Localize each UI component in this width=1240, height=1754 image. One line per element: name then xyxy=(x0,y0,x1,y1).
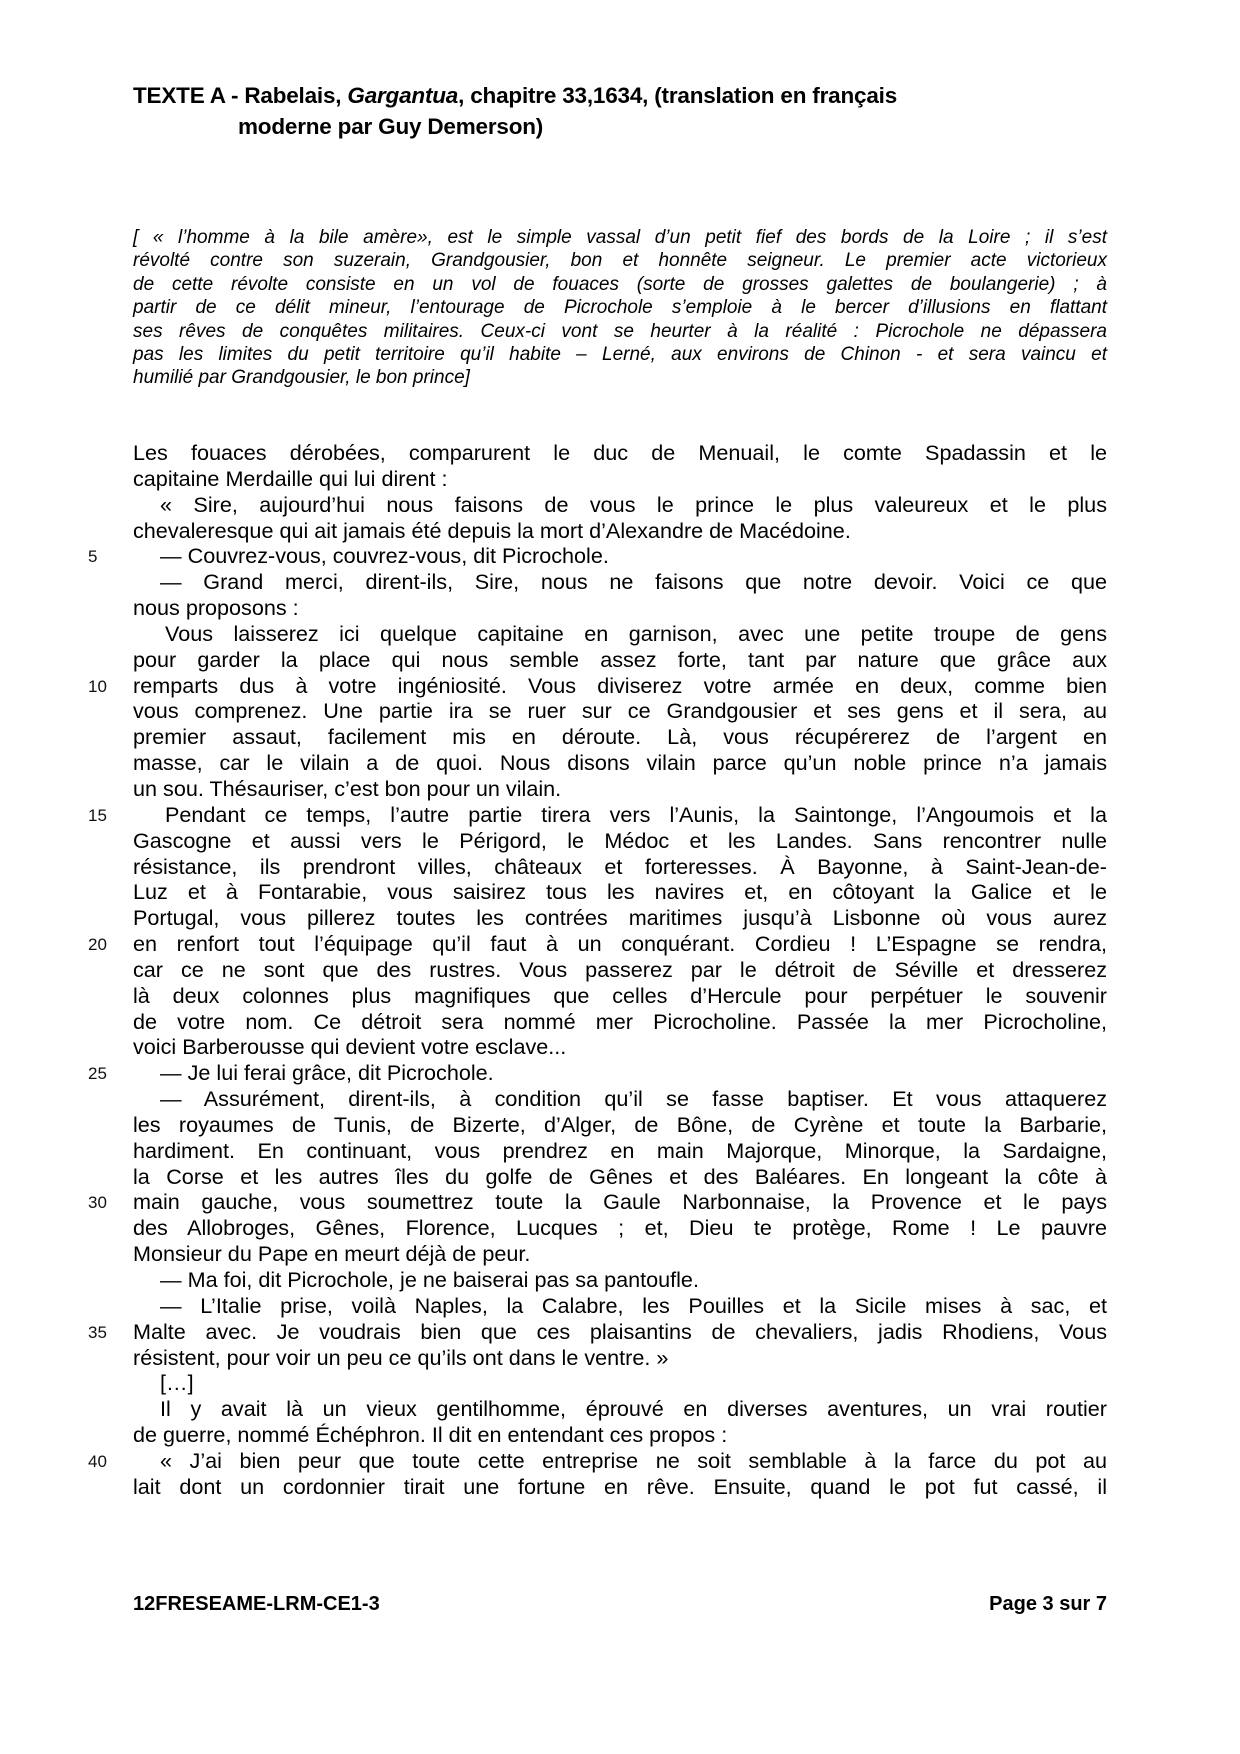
title-suffix: , chapitre 33,1634, (translation en fran… xyxy=(458,83,897,108)
intro-line: révolté contre son suzerain, Grandgousie… xyxy=(133,249,1107,272)
text-line: Monsieur du Pape en meurt déjà de peur. xyxy=(133,1241,1107,1267)
text-line: Portugal, vous pillerez toutes les contr… xyxy=(133,905,1107,931)
text-line: 35Malte avec. Je voudrais bien que ces p… xyxy=(133,1319,1107,1345)
line-text: résistent, pour voir un peu ce qu’ils on… xyxy=(133,1345,1107,1371)
text-line: résistent, pour voir un peu ce qu’ils on… xyxy=(133,1345,1107,1371)
text-line: de guerre, nommé Échéphron. Il dit en en… xyxy=(133,1422,1107,1448)
line-text: lait dont un cordonnier tirait une fortu… xyxy=(133,1474,1107,1500)
text-line: vous comprenez. Une partie ira se ruer s… xyxy=(133,698,1107,724)
line-text: pour garder la place qui nous semble ass… xyxy=(133,647,1107,673)
text-line: […] xyxy=(133,1370,1107,1396)
line-text: Monsieur du Pape en meurt déjà de peur. xyxy=(133,1241,1107,1267)
line-text: Gascogne et aussi vers le Périgord, le M… xyxy=(133,828,1107,854)
text-line: un sou. Thésauriser, c’est bon pour un v… xyxy=(133,776,1107,802)
text-line: résistance, ils prendront villes, châtea… xyxy=(133,854,1107,880)
line-text: vous comprenez. Une partie ira se ruer s… xyxy=(133,698,1107,724)
line-text: Il y avait là un vieux gentilhomme, épro… xyxy=(133,1396,1107,1422)
line-text: des Allobroges, Gênes, Florence, Lucques… xyxy=(133,1215,1107,1241)
line-text: les royaumes de Tunis, de Bizerte, d’Alg… xyxy=(133,1112,1107,1138)
text-line: la Corse et les autres îles du golfe de … xyxy=(133,1164,1107,1190)
intro-line: [ « l’homme à la bile amère», est le sim… xyxy=(133,226,1107,249)
text-line: hardiment. En continuant, vous prendrez … xyxy=(133,1138,1107,1164)
text-line: lait dont un cordonnier tirait une fortu… xyxy=(133,1474,1107,1500)
text-line: 30main gauche, vous soumettrez toute la … xyxy=(133,1189,1107,1215)
line-text: en renfort tout l’équipage qu’il faut à … xyxy=(133,931,1107,957)
line-number: 20 xyxy=(88,932,118,958)
line-text: Luz et à Fontarabie, vous saisirez tous … xyxy=(133,879,1107,905)
intro-line: de cette révolte consiste en un vol de f… xyxy=(133,273,1107,296)
line-text: Vous laisserez ici quelque capitaine en … xyxy=(133,621,1107,647)
line-text: — L’Italie prise, voilà Naples, la Calab… xyxy=(133,1293,1107,1319)
line-text: là deux colonnes plus magnifiques que ce… xyxy=(133,983,1107,1009)
text-line: 40« J’ai bien peur que toute cette entre… xyxy=(133,1448,1107,1474)
text-line: car ce ne sont que des rustres. Vous pas… xyxy=(133,957,1107,983)
text-line: premier assaut, facilement mis en dérout… xyxy=(133,724,1107,750)
text-line: Luz et à Fontarabie, vous saisirez tous … xyxy=(133,879,1107,905)
line-text: […] xyxy=(133,1370,1107,1396)
intro-line: humilié par Grandgousier, le bon prince] xyxy=(133,366,1107,389)
line-number: 25 xyxy=(88,1061,118,1087)
line-number: 35 xyxy=(88,1320,118,1346)
line-text: — Couvrez-vous, couvrez-vous, dit Picroc… xyxy=(133,543,1107,569)
line-text: main gauche, vous soumettrez toute la Ga… xyxy=(133,1189,1107,1215)
intro-line: partir de ce délit mineur, l’entourage d… xyxy=(133,296,1107,319)
text-line: pour garder la place qui nous semble ass… xyxy=(133,647,1107,673)
line-text: remparts dus à votre ingéniosité. Vous d… xyxy=(133,673,1107,699)
title-line-2: moderne par Guy Demerson) xyxy=(133,111,1093,142)
text-line: Les fouaces dérobées, comparurent le duc… xyxy=(133,440,1107,466)
text-line: « Sire, aujourd’hui nous faisons de vous… xyxy=(133,492,1107,518)
line-text: Portugal, vous pillerez toutes les contr… xyxy=(133,905,1107,931)
intro-summary: [ « l’homme à la bile amère», est le sim… xyxy=(133,226,1107,390)
text-line: masse, car le vilain a de quoi. Nous dis… xyxy=(133,750,1107,776)
line-text: Les fouaces dérobées, comparurent le duc… xyxy=(133,440,1107,466)
text-line: Gascogne et aussi vers le Périgord, le M… xyxy=(133,828,1107,854)
text-line: Il y avait là un vieux gentilhomme, épro… xyxy=(133,1396,1107,1422)
text-line: les royaumes de Tunis, de Bizerte, d’Alg… xyxy=(133,1112,1107,1138)
line-text: voici Barberousse qui devient votre escl… xyxy=(133,1034,1107,1060)
text-line: — L’Italie prise, voilà Naples, la Calab… xyxy=(133,1293,1107,1319)
line-text: capitaine Merdaille qui lui dirent : xyxy=(133,466,1107,492)
text-line: de votre nom. Ce détroit sera nommé mer … xyxy=(133,1009,1107,1035)
title-work-italic: Gargantua xyxy=(347,83,458,108)
line-text: chevaleresque qui ait jamais été depuis … xyxy=(133,518,1107,544)
line-text: la Corse et les autres îles du golfe de … xyxy=(133,1164,1107,1190)
line-number: 5 xyxy=(88,544,118,570)
line-number: 15 xyxy=(88,803,118,829)
line-text: « J’ai bien peur que toute cette entrepr… xyxy=(133,1448,1107,1474)
intro-line: pas les limites du petit territoire qu’i… xyxy=(133,343,1107,366)
line-text: premier assaut, facilement mis en dérout… xyxy=(133,724,1107,750)
line-text: nous proposons : xyxy=(133,595,1107,621)
text-line: là deux colonnes plus magnifiques que ce… xyxy=(133,983,1107,1009)
line-text: de votre nom. Ce détroit sera nommé mer … xyxy=(133,1009,1107,1035)
text-line: chevaleresque qui ait jamais été depuis … xyxy=(133,518,1107,544)
line-number: 30 xyxy=(88,1190,118,1216)
line-text: car ce ne sont que des rustres. Vous pas… xyxy=(133,957,1107,983)
text-line: — Ma foi, dit Picrochole, je ne baiserai… xyxy=(133,1267,1107,1293)
document-reference: 12FRESEAME-LRM-CE1-3 xyxy=(133,1593,380,1616)
line-text: — Grand merci, dirent-ils, Sire, nous ne… xyxy=(133,569,1107,595)
line-text: — Je lui ferai grâce, dit Picrochole. xyxy=(133,1060,1107,1086)
text-line: — Assurément, dirent-ils, à condition qu… xyxy=(133,1086,1107,1112)
line-text: masse, car le vilain a de quoi. Nous dis… xyxy=(133,750,1107,776)
document-title: TEXTE A - Rabelais, Gargantua, chapitre … xyxy=(133,80,1093,142)
line-number: 40 xyxy=(88,1449,118,1475)
text-line: nous proposons : xyxy=(133,595,1107,621)
page-number: Page 3 sur 7 xyxy=(989,1593,1107,1616)
text-line: des Allobroges, Gênes, Florence, Lucques… xyxy=(133,1215,1107,1241)
line-text: de guerre, nommé Échéphron. Il dit en en… xyxy=(133,1422,1107,1448)
line-text: — Assurément, dirent-ils, à condition qu… xyxy=(133,1086,1107,1112)
line-text: un sou. Thésauriser, c’est bon pour un v… xyxy=(133,776,1107,802)
text-line: 15Pendant ce temps, l’autre partie tirer… xyxy=(133,802,1107,828)
line-text: hardiment. En continuant, vous prendrez … xyxy=(133,1138,1107,1164)
text-line: — Grand merci, dirent-ils, Sire, nous ne… xyxy=(133,569,1107,595)
line-text: « Sire, aujourd’hui nous faisons de vous… xyxy=(133,492,1107,518)
text-line: 25— Je lui ferai grâce, dit Picrochole. xyxy=(133,1060,1107,1086)
intro-line: ses rêves de conquêtes militaires. Ceux-… xyxy=(133,320,1107,343)
line-number: 10 xyxy=(88,674,118,700)
text-line: Vous laisserez ici quelque capitaine en … xyxy=(133,621,1107,647)
text-excerpt: Les fouaces dérobées, comparurent le duc… xyxy=(133,440,1107,1500)
line-text: résistance, ils prendront villes, châtea… xyxy=(133,854,1107,880)
text-line: 10remparts dus à votre ingéniosité. Vous… xyxy=(133,673,1107,699)
page-footer: 12FRESEAME-LRM-CE1-3 Page 3 sur 7 xyxy=(133,1593,1107,1616)
text-line: capitaine Merdaille qui lui dirent : xyxy=(133,466,1107,492)
text-line: 20en renfort tout l’équipage qu’il faut … xyxy=(133,931,1107,957)
line-text: — Ma foi, dit Picrochole, je ne baiserai… xyxy=(133,1267,1107,1293)
title-prefix: TEXTE A - Rabelais, xyxy=(133,83,347,108)
text-line: voici Barberousse qui devient votre escl… xyxy=(133,1034,1107,1060)
text-line: 5— Couvrez-vous, couvrez-vous, dit Picro… xyxy=(133,543,1107,569)
line-text: Malte avec. Je voudrais bien que ces pla… xyxy=(133,1319,1107,1345)
line-text: Pendant ce temps, l’autre partie tirera … xyxy=(133,802,1107,828)
